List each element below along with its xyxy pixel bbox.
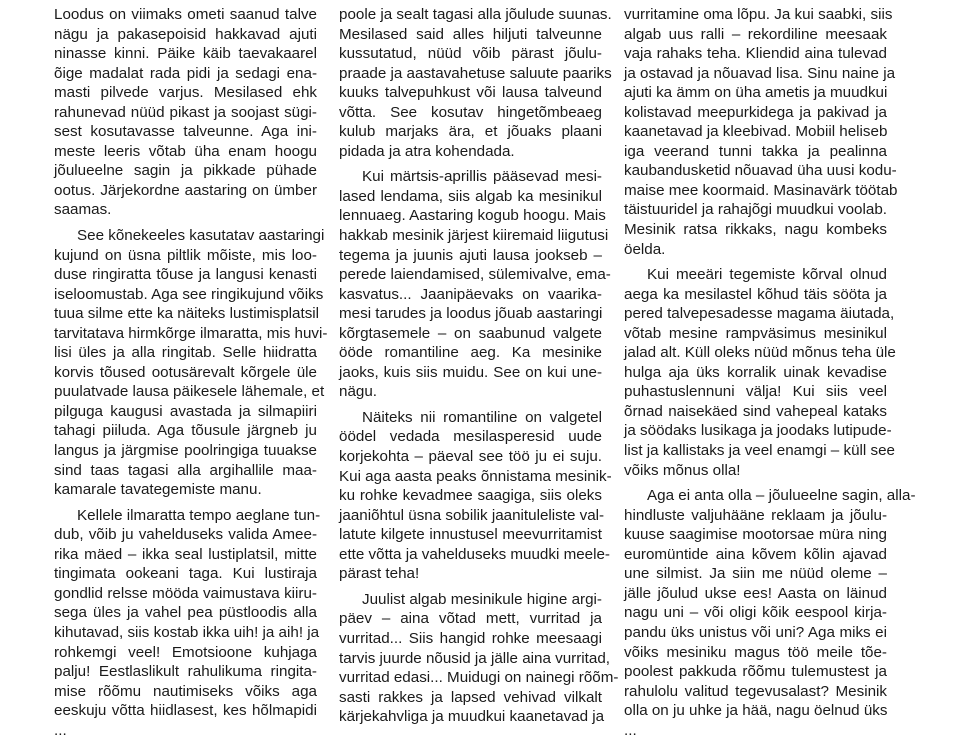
text-line: olla on ju uhke ja hää, nagu öelnud üks [624, 701, 887, 721]
text-line: une silmist. Ja siin me nüüd oleme – [624, 564, 887, 584]
text-line: tahagi piiluda. Aga tõusule järgneb ju [54, 421, 317, 441]
text-line: korvis tõused ootusärevalt kõrgele üle [54, 363, 317, 383]
paragraph: Aga ei anta olla – jõulueelne sagin, all… [624, 486, 887, 740]
paragraph: poole ja sealt tagasi alla jõulude suuna… [339, 5, 602, 161]
text-line: ööde romantiline aeg. Ka mesinike [339, 343, 602, 363]
text-line: jalad alt. Küll oleks nüüd mõnus teha ül… [624, 343, 887, 363]
text-line: hindluste valjuhääne reklaam ja jõulu- [624, 506, 887, 526]
text-line: õige madalat rada pidi ja sedagi ena- [54, 64, 317, 84]
text-line: kärjekahvliga ja muudkui kaanetavad ja [339, 707, 602, 727]
text-line: pidada ja atra kohendada. [339, 142, 602, 162]
text-line: kaanetavad ja kleebivad. Mobiil heliseb [624, 122, 887, 142]
text-line: jaaniõhtul üsna sobilik jaanituleliste v… [339, 506, 602, 526]
text-line: Loodus on viimaks ometi saanud talve [54, 5, 317, 25]
text-line: kamarale tavategemiste manu. [54, 480, 317, 500]
text-line: nägu. [339, 382, 602, 402]
text-line: rahulolu valitud tegevusalast? Mesinik [624, 682, 887, 702]
text-line: palju! Eestlaslikult rahulikuma ringita- [54, 662, 317, 682]
text-line: lennuaeg. Aastaring kogub hoogu. Mais [339, 206, 602, 226]
text-line: vurritamine oma lõpu. Ja kui saabki, sii… [624, 5, 887, 25]
paragraph: Juulist algab mesinikule higine argi-päe… [339, 590, 602, 727]
text-line: puhastuslennuni välja! Kui siis veel [624, 382, 887, 402]
text-line: korjekohta – päeval see töö ju ei suju. [339, 447, 602, 467]
text-line: pilguga kaugusi avastada ja silmapiiri [54, 402, 317, 422]
text-line: ja söödaks lusikaga ja joodaks lutipude- [624, 421, 887, 441]
text-line: võtab mesine rampväsimus mesinikul [624, 324, 887, 344]
paragraph: See kõnekeeles kasutatav aastaringikujun… [54, 226, 317, 500]
text-line: sind taas tagasi alla argihallile maa- [54, 461, 317, 481]
text-line: tarvitatava hirmkõrge ilmaratta, mis huv… [54, 324, 317, 344]
text-line: kaubandusketid nõuavad üha uusi kodu- [624, 161, 887, 181]
text-line: masti pilvede varjus. Mesilased ehk [54, 83, 317, 103]
text-line: ajuti ka ämm on üha ametis ja muudkui [624, 83, 887, 103]
text-line: Mesinik ratsa rikkaks, nagu kombeks [624, 220, 887, 240]
text-line: Näiteks nii romantiline on valgetel [339, 408, 602, 428]
text-line: praade ja aastavahetuse saluute paariks [339, 64, 602, 84]
text-column-3: vurritamine oma lõpu. Ja kui saabki, sii… [624, 5, 887, 746]
text-line: maise mee koormaid. Masinavärk töötab [624, 181, 887, 201]
text-line: ja ostavad ja nõuavad lisa. Sinu naine j… [624, 64, 887, 84]
text-line: tegema ja juunis ajuti lausa jookseb – [339, 246, 602, 266]
text-line: ... [624, 721, 887, 741]
text-line: ninasse kinni. Päike käib taevakaarel [54, 44, 317, 64]
text-line: vurritad edasi... Muidugi on nainegi rõõ… [339, 668, 602, 688]
text-line: perede laiendamised, sülemivalve, ema- [339, 265, 602, 285]
text-line: See kõnekeeles kasutatav aastaringi [54, 226, 317, 246]
text-line: vurritad... Siis hangid rohke meesaagi [339, 629, 602, 649]
text-line: tuua silme ette ka näiteks lustimisplats… [54, 304, 317, 324]
text-line: kihutavad, siis kostab ikka uih! ja aih!… [54, 623, 317, 643]
text-column-1: Loodus on viimaks ometi saanud talvenägu… [54, 5, 317, 746]
paragraph: Kellele ilmaratta tempo aeglane tun-dub,… [54, 506, 317, 741]
text-line: õrnad naisekäed sind vahepeal kataks [624, 402, 887, 422]
text-line: latute kilgete innustusel meevurritamist [339, 525, 602, 545]
text-line: võiks mõnus olla! [624, 461, 887, 481]
text-line: jõulueelne sagin ja pikkade pühade [54, 161, 317, 181]
text-line: ... [54, 721, 317, 741]
text-line: hulga aja üks korralik uinak kevadise [624, 363, 887, 383]
text-line: kuuse saagimise mootorsae müra ning [624, 525, 887, 545]
text-line: ku rohke kevadmee saagiga, siis oleks [339, 486, 602, 506]
text-line: gondlid relsse mööda vaimustava kiiru- [54, 584, 317, 604]
text-line: poole ja sealt tagasi alla jõulude suuna… [339, 5, 602, 25]
text-line: Kui aga aasta peaks õnnistama mesinik- [339, 467, 602, 487]
text-line: nägu ja pakasepoisid hakkavad ajuti [54, 25, 317, 45]
text-line: kussutatud, nüüd võib pärast jõulu- [339, 44, 602, 64]
text-line: võtta. See kosutav hingetõmbeaeg [339, 103, 602, 123]
text-line: mesi tarudes ja loodus jõuab aastaringi [339, 304, 602, 324]
text-line: meste leeris võtab üha enam hoogu [54, 142, 317, 162]
text-column-2: poole ja sealt tagasi alla jõulude suuna… [339, 5, 602, 733]
text-line: dub, võib ju vahelduseks valida Amee- [54, 525, 317, 545]
paragraph: Kui meeäri tegemiste kõrval olnudaega ka… [624, 265, 887, 480]
paragraph: Näiteks nii romantiline on valgetelöödel… [339, 408, 602, 584]
text-line: iga veerand tunni takka ja pealinna [624, 142, 887, 162]
text-line: kuuks talvepuhkust või lausa talveund [339, 83, 602, 103]
text-line: nagu uni – või oligi kõik eespool kirja- [624, 603, 887, 623]
paragraph: Kui märtsis-aprillis pääsevad mesi-lased… [339, 167, 602, 402]
text-line: sega üles ja vahel pea püstloodis alla [54, 603, 317, 623]
text-line: Mesilased said alles hiljuti talveunne [339, 25, 602, 45]
text-line: aega ka mesilastel kõhud täis sööta ja [624, 285, 887, 305]
text-line: rika mäed – ikka seal lustiplatsil, mitt… [54, 545, 317, 565]
text-line: Kui meeäri tegemiste kõrval olnud [624, 265, 887, 285]
text-line: jaoks, kuis siis muidu. See on kui une- [339, 363, 602, 383]
document-page: Loodus on viimaks ometi saanud talvenägu… [0, 0, 960, 750]
text-line: päev – aina võtad mett, vurritad ja [339, 609, 602, 629]
paragraph: vurritamine oma lõpu. Ja kui saabki, sii… [624, 5, 887, 259]
text-line: ette võtta ja vahelduseks muudki meele- [339, 545, 602, 565]
text-line: Kellele ilmaratta tempo aeglane tun- [54, 506, 317, 526]
text-line: tarvis juurde nõusid ja jälle aina vurri… [339, 649, 602, 669]
text-line: kolistavad meepurkidega ja pakivad ja [624, 103, 887, 123]
text-line: puulatvade lausa päikesele lähemale, et [54, 382, 317, 402]
text-line: Juulist algab mesinikule higine argi- [339, 590, 602, 610]
text-line: öelda. [624, 240, 887, 260]
text-line: algab uus ralli – rekordiline meesaak [624, 25, 887, 45]
text-line: võiks mesiniku magus töö meile tõe- [624, 643, 887, 663]
text-line: pärast teha! [339, 564, 602, 584]
text-line: lisi üles ja alla ringitab. Selle hiidra… [54, 343, 317, 363]
text-line: öödel vedada mesilasperesid uude [339, 427, 602, 447]
text-line: rohkemgi veel! Emotsioone kuhjaga [54, 643, 317, 663]
text-line: rahunevad nüüd pikast ja soojast sügi- [54, 103, 317, 123]
text-line: sasti rakkes ja lapsed vehivad vilkalt [339, 688, 602, 708]
text-line: kõrgtasemele – on saabunud valgete [339, 324, 602, 344]
text-line: hakkab mesinik järjest kiiremaid liigutu… [339, 226, 602, 246]
text-line: kasvatus... Jaanipäevaks on vaarika- [339, 285, 602, 305]
text-line: list ja kallistaks ja veel enamgi – küll… [624, 441, 887, 461]
text-line: vaja rahaks teha. Kliendid aina tulevad [624, 44, 887, 64]
text-line: lased lendama, siis algab ka mesinikul [339, 187, 602, 207]
text-line: tingimata ookeani taga. Kui lustiraja [54, 564, 317, 584]
text-line: jälle jõulud ukse ees! Aasta on läinud [624, 584, 887, 604]
text-line: Kui märtsis-aprillis pääsevad mesi- [339, 167, 602, 187]
text-line: poolest pakkuda rõõmu tulemustest ja [624, 662, 887, 682]
text-line: iseloomustab. Aga see ringikujund võiks [54, 285, 317, 305]
text-line: duse ringiratta tõuse ja langusi kenasti [54, 265, 317, 285]
text-line: sest kosutavasse talveunne. Aga ini- [54, 122, 317, 142]
text-line: kulub marjaks ära, et jõuaks plaani [339, 122, 602, 142]
text-line: pered talvepesadesse magama äiutada, [624, 304, 887, 324]
text-line: eeskuju võtta hiidlasest, kes hõlmapidi [54, 701, 317, 721]
text-line: täistuuridel ja rahajõgi muudkui voolab. [624, 200, 887, 220]
paragraph: Loodus on viimaks ometi saanud talvenägu… [54, 5, 317, 220]
text-line: mise rõõmu nautimiseks võiks aga [54, 682, 317, 702]
text-line: Aga ei anta olla – jõulueelne sagin, all… [624, 486, 887, 506]
text-line: saamas. [54, 200, 317, 220]
text-line: pandu üks unistus või uni? Aga miks ei [624, 623, 887, 643]
text-line: kujund on üsna piltlik mõiste, mis loo- [54, 246, 317, 266]
text-line: ootus. Järjekordne aastaring on ümber [54, 181, 317, 201]
text-line: langus ja järgmise poolringiga tuuakse [54, 441, 317, 461]
text-line: euromüntide aina kõvem kõlin ajavad [624, 545, 887, 565]
